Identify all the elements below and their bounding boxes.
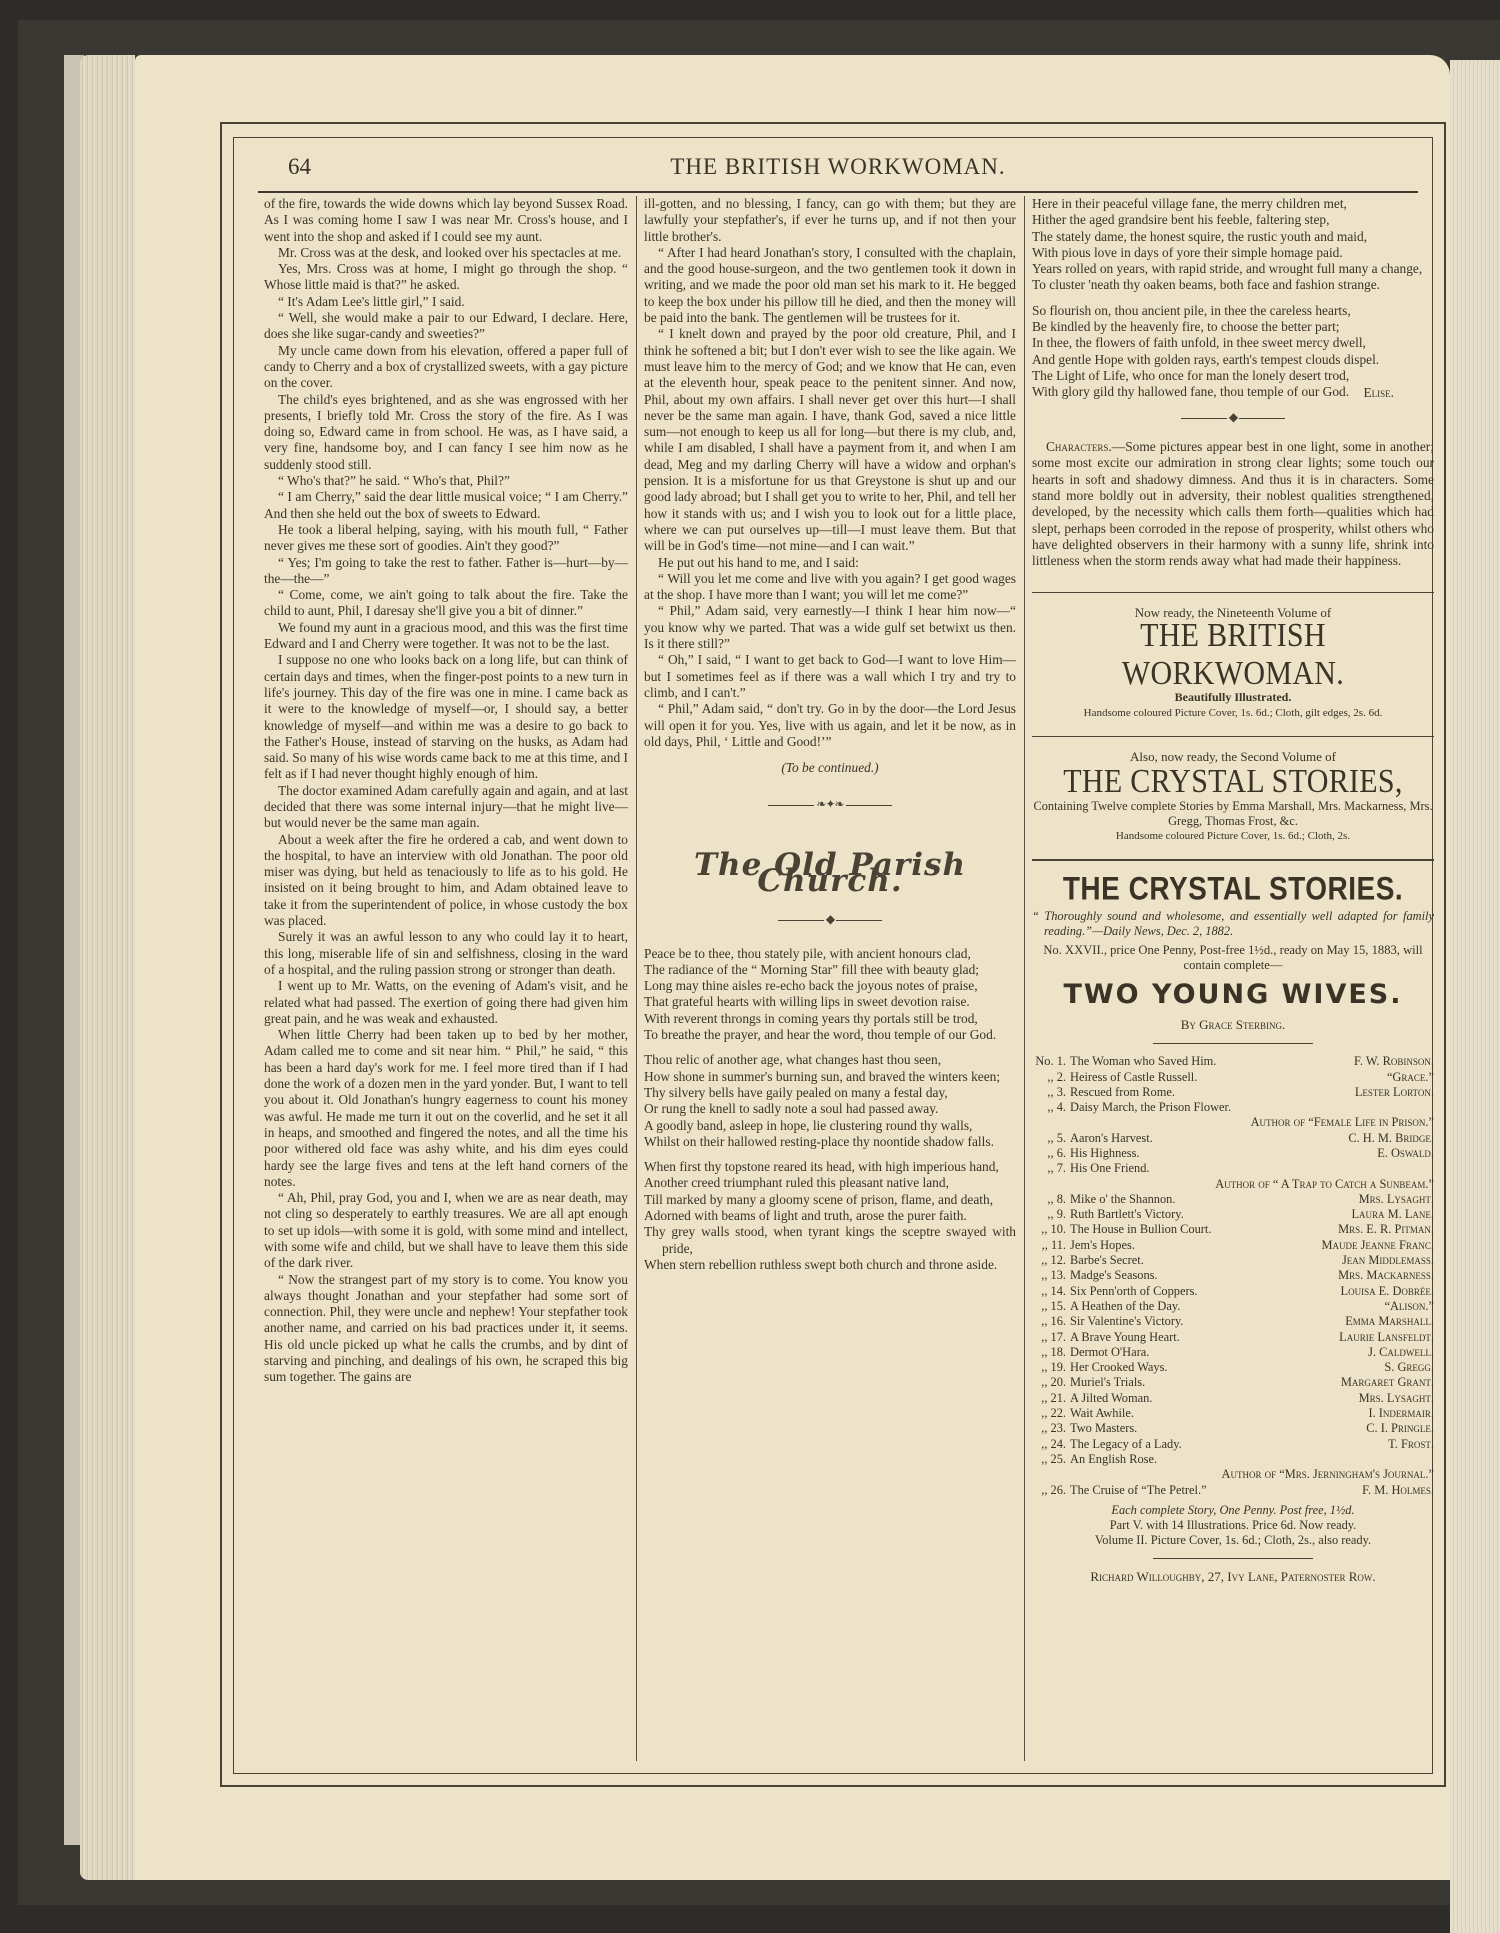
verse-line: Hither the aged grandsire bent his feebl… [1032,212,1434,228]
story-paragraph: My uncle came down from his elevation, o… [264,343,628,392]
story-title: The Legacy of a Lady. [1070,1437,1388,1452]
verse-line: And gentle Hope with golden rays, earth'… [1032,352,1434,368]
story-title: Daisy March, the Prison Flower. [1070,1100,1434,1115]
story-list-item: ,, 4.Daisy March, the Prison Flower. [1032,1100,1434,1115]
verse-line: The radiance of the “ Morning Star” fill… [644,962,1016,978]
part-note: Part V. with 14 Illustrations. Price 6d.… [1032,1518,1434,1533]
ad3-quote: “ Thoroughly sound and wholesome, and es… [1032,909,1434,939]
verse-line: Whilst on their hallowed resting-place t… [644,1134,1016,1150]
story-author: “Alison.” [1384,1299,1434,1314]
story-number: ,, 15. [1032,1299,1070,1314]
characters-text: —Some pictures appear best in one light,… [1032,439,1434,568]
story-paragraph: “ Yes; I'm going to take the rest to fat… [264,555,628,588]
story-paragraph: He put out his hand to me, and I said: [644,555,1016,571]
story-number: ,, 21. [1032,1391,1070,1406]
poem-body-continued: Here in their peaceful village fane, the… [1032,196,1434,401]
story-title: Two Masters. [1070,1421,1366,1436]
story-author: Mrs. E. R. Pitman. [1338,1222,1434,1237]
volume-note: Volume II. Picture Cover, 1s. 6d.; Cloth… [1032,1533,1434,1548]
story-title: An English Rose. [1070,1452,1434,1467]
story-title: Mike o' the Shannon. [1070,1192,1359,1207]
story-list-item: ,, 18.Dermot O'Hara.J. Caldwell. [1032,1345,1434,1360]
story-number: ,, 8. [1032,1192,1070,1207]
story-continuation: ill-gotten, and no blessing, I fancy, ca… [644,196,1016,750]
poem-stanza: Thou relic of another age, what changes … [644,1052,1016,1150]
story-list-item: ,, 14.Six Penn'orth of Coppers.Louisa E.… [1032,1284,1434,1299]
story-number: ,, 23. [1032,1421,1070,1436]
story-number: ,, 2. [1032,1070,1070,1085]
divider-ornament: ❧✦❧ [644,796,1016,812]
story-author: Laurie Lansfeldt. [1339,1330,1434,1345]
verse-line: To breathe the prayer, and hear the word… [644,1027,1016,1043]
story-title: Wait Awhile. [1070,1406,1368,1421]
story-paragraph: “ Ah, Phil, pray God, you and I, when we… [264,1190,628,1271]
story-author: T. Frost. [1388,1437,1434,1452]
story-author-note: Author of “Mrs. Jerningham's Journal.” [1032,1467,1434,1482]
verse-line: Be kindled by the heavenly fire, to choo… [1032,319,1434,335]
story-number: ,, 19. [1032,1360,1070,1375]
story-number: ,, 6. [1032,1146,1070,1161]
story-title: Six Penn'orth of Coppers. [1070,1284,1341,1299]
story-title: Dermot O'Hara. [1070,1345,1368,1360]
story-list-item: ,, 23.Two Masters.C. I. Pringle. [1032,1421,1434,1436]
story-paragraph: “ After I had heard Jonathan's story, I … [644,245,1016,326]
story-author: Maude Jeanne Franc. [1321,1238,1434,1253]
story-list-item: ,, 12.Barbe's Secret.Jean Middlemass. [1032,1253,1434,1268]
characters-paragraph: Characters.—Some pictures appear best in… [1032,439,1434,569]
story-number: ,, 4. [1032,1100,1070,1115]
story-number: ,, 20. [1032,1375,1070,1390]
story-title: The Woman who Saved Him. [1070,1054,1354,1069]
feature-title: TWO YOUNG WIVES. [1032,977,1434,1013]
story-author: Margaret Grant. [1341,1375,1434,1390]
story-list: No. 1.The Woman who Saved Him.F. W. Robi… [1032,1054,1434,1498]
story-paragraph: “ Oh,” I said, “ I want to get back to G… [644,652,1016,701]
ad-rule [1032,736,1434,738]
story-title: Muriel's Trials. [1070,1375,1341,1390]
story-list-item: ,, 9.Ruth Bartlett's Victory.Laura M. La… [1032,1207,1434,1222]
story-author: E. Oswald. [1377,1146,1434,1161]
story-author: Mrs. Mackarness. [1338,1268,1434,1283]
story-paragraph: The child's eyes brightened, and as she … [264,392,628,473]
short-rule [1153,1043,1314,1044]
story-title: A Brave Young Heart. [1070,1330,1339,1345]
verse-line: Thy silvery bells have gaily pealed on m… [644,1085,1016,1101]
story-author: C. I. Pringle. [1366,1421,1434,1436]
story-number: ,, 24. [1032,1437,1070,1452]
story-paragraph: “ Phil,” Adam said, very earnestly—I thi… [644,603,1016,652]
to-be-continued: (To be continued.) [644,760,1016,776]
poem-body: Peace be to thee, thou stately pile, wit… [644,946,1016,1274]
story-list-item: ,, 17.A Brave Young Heart.Laurie Lansfel… [1032,1330,1434,1345]
verse-line: With reverent throngs in coming years th… [644,1011,1016,1027]
story-list-item: ,, 11.Jem's Hopes.Maude Jeanne Franc. [1032,1238,1434,1253]
story-title: Ruth Bartlett's Victory. [1070,1207,1351,1222]
ad2-price: Handsome coloured Picture Cover, 1s. 6d.… [1032,829,1434,843]
ad-rule [1032,859,1434,861]
verse-line: The Light of Life, who once for man the … [1032,368,1434,384]
verse-line: Another creed triumphant ruled this plea… [644,1175,1016,1191]
story-list-item: ,, 10.The House in Bullion Court.Mrs. E.… [1032,1222,1434,1237]
story-paragraph: “ Will you let me come and live with you… [644,571,1016,604]
page-stack-left [80,55,135,1880]
story-title: Sir Valentine's Victory. [1070,1314,1345,1329]
ad2-title: THE CRYSTAL STORIES, [1032,763,1434,801]
story-author: Emma Marshall. [1345,1314,1434,1329]
story-paragraph: “ Who's that?” he said. “ Who's that, Ph… [264,473,628,489]
story-number: ,, 7. [1032,1161,1070,1176]
verse-line: How shone in summer's burning sun, and b… [644,1069,1016,1085]
story-number: No. 1. [1032,1054,1070,1069]
verse-line: Thy grey walls stood, when tyrant kings … [644,1224,1016,1257]
story-author: Mrs. Lysaght. [1359,1391,1434,1406]
story-list-item: ,, 7.His One Friend. [1032,1161,1434,1176]
story-paragraph: We found my aunt in a gracious mood, and… [264,620,628,653]
story-list-item: ,, 8.Mike o' the Shannon.Mrs. Lysaght. [1032,1192,1434,1207]
column-divider [636,196,637,1761]
story-number: ,, 9. [1032,1207,1070,1222]
story-author: Mrs. Lysaght. [1359,1192,1434,1207]
story-paragraph: About a week after the fire he ordered a… [264,832,628,930]
divider-ornament: ◆ [1032,409,1434,425]
story-paragraph: “ Now the strangest part of my story is … [264,1272,628,1386]
page-stack-right [1450,60,1500,1933]
story-list-item: ,, 25.An English Rose. [1032,1452,1434,1467]
story-list-item: ,, 6.His Highness.E. Oswald. [1032,1146,1434,1161]
characters-lead: Characters. [1046,439,1112,454]
poem-stanza: When first thy topstone reared its head,… [644,1159,1016,1273]
story-number: ,, 5. [1032,1131,1070,1146]
verse-line: So flourish on, thou ancient pile, in th… [1032,303,1434,319]
story-title: Jem's Hopes. [1070,1238,1321,1253]
story-column-2: ill-gotten, and no blessing, I fancy, ca… [644,196,1016,1282]
story-author: C. H. M. Bridge. [1348,1131,1434,1146]
verse-line: With pious love in days of yore their si… [1032,245,1434,261]
story-title: The House in Bullion Court. [1070,1222,1338,1237]
story-paragraph: Yes, Mrs. Cross was at home, I might go … [264,261,628,294]
story-paragraph: “ I knelt down and prayed by the poor ol… [644,326,1016,554]
poem-title-ornament: ◆ [644,911,1016,927]
story-list-item: No. 1.The Woman who Saved Him.F. W. Robi… [1032,1054,1434,1069]
verse-line: Thou relic of another age, what changes … [644,1052,1016,1068]
story-list-item: ,, 5.Aaron's Harvest.C. H. M. Bridge. [1032,1131,1434,1146]
story-author: Louisa E. Dobrée. [1341,1284,1434,1299]
poem-title: The Old Parish Church. [644,857,1016,890]
story-number: ,, 13. [1032,1268,1070,1283]
story-paragraph: I went up to Mr. Watts, on the evening o… [264,978,628,1027]
ad1-price: Handsome coloured Picture Cover, 1s. 6d.… [1032,706,1434,720]
story-author: J. Caldwell. [1368,1345,1434,1360]
story-number: ,, 26. [1032,1483,1070,1498]
feature-author: By Grace Sterbing. [1032,1017,1434,1033]
story-paragraph: “ I am Cherry,” said the dear little mus… [264,489,628,522]
story-list-item: ,, 20.Muriel's Trials.Margaret Grant. [1032,1375,1434,1390]
story-title: His One Friend. [1070,1161,1434,1176]
short-rule [1153,1558,1314,1559]
running-title: THE BRITISH WORKWOMAN. [258,154,1418,180]
poem-stanza: Here in their peaceful village fane, the… [1032,196,1434,294]
story-list-item: ,, 15.A Heathen of the Day.“Alison.” [1032,1299,1434,1314]
story-number: ,, 25. [1032,1452,1070,1467]
verse-line: Adorned with beams of light and truth, a… [644,1208,1016,1224]
story-number: ,, 10. [1032,1222,1070,1237]
ad-rule [1032,592,1434,594]
story-title: Aaron's Harvest. [1070,1131,1348,1146]
verse-line: That grateful hearts with willing lips i… [644,994,1016,1010]
story-column-1: of the fire, towards the wide downs whic… [264,196,628,1386]
story-list-item: ,, 26.The Cruise of “The Petrel.”F. M. H… [1032,1483,1434,1498]
column-3: Here in their peaceful village fane, the… [1032,196,1434,1585]
publisher-imprint: Richard Willoughby, 27, Ivy Lane, Patern… [1032,1569,1434,1585]
story-list-item: ,, 22.Wait Awhile.I. Indermair. [1032,1406,1434,1421]
story-number: ,, 14. [1032,1284,1070,1299]
story-title: A Jilted Woman. [1070,1391,1359,1406]
story-paragraph: of the fire, towards the wide downs whic… [264,196,628,245]
ad3-title: THE CRYSTAL STORIES. [1032,871,1434,908]
verse-line: Till marked by many a gloomy scene of pr… [644,1192,1016,1208]
story-number: ,, 22. [1032,1406,1070,1421]
story-paragraph: When little Cherry had been taken up to … [264,1027,628,1190]
story-paragraph: “ Come, come, we ain't going to talk abo… [264,587,628,620]
story-paragraph: ill-gotten, and no blessing, I fancy, ca… [644,196,1016,245]
story-list-item: ,, 16.Sir Valentine's Victory.Emma Marsh… [1032,1314,1434,1329]
story-title: A Heathen of the Day. [1070,1299,1384,1314]
verse-line: Peace be to thee, thou stately pile, wit… [644,946,1016,962]
page-header: 64 THE BRITISH WORKWOMAN. [258,150,1418,190]
story-title: Madge's Seasons. [1070,1268,1338,1283]
story-author: F. M. Holmes. [1362,1483,1434,1498]
verse-line: Long may thine aisles re-echo back the j… [644,978,1016,994]
poem-stanza: Peace be to thee, thou stately pile, wit… [644,946,1016,1044]
story-author-note: Author of “ A Trap to Catch a Sunbeam.” [1032,1177,1434,1192]
story-paragraph: “ It's Adam Lee's little girl,” I said. [264,294,628,310]
story-paragraph: The doctor examined Adam carefully again… [264,783,628,832]
story-author: Jean Middlemass. [1342,1253,1434,1268]
story-title: His Highness. [1070,1146,1377,1161]
verse-line: In thee, the flowers of faith unfold, in… [1032,335,1434,351]
story-title: Barbe's Secret. [1070,1253,1342,1268]
story-paragraph: He took a liberal helping, saying, with … [264,522,628,555]
story-paragraph: “ Phil,” Adam said, “ don't try. Go in b… [644,701,1016,750]
header-rule [258,191,1418,193]
story-number: ,, 17. [1032,1330,1070,1345]
story-title: Her Crooked Ways. [1070,1360,1384,1375]
story-number: ,, 18. [1032,1345,1070,1360]
story-number: ,, 11. [1032,1238,1070,1253]
story-author: S. Gregg. [1384,1360,1434,1375]
verse-line: To cluster 'neath thy oaken beams, both … [1032,277,1434,293]
story-title: The Cruise of “The Petrel.” [1070,1483,1362,1498]
story-paragraph: Surely it was an awful lesson to any who… [264,929,628,978]
story-title: Heiress of Castle Russell. [1070,1070,1387,1085]
story-list-item: ,, 13.Madge's Seasons.Mrs. Mackarness. [1032,1268,1434,1283]
price-note: Each complete Story, One Penny. Post fre… [1032,1502,1434,1518]
ad3-announce: No. XXVII., price One Penny, Post-free 1… [1032,943,1434,973]
verse-line: When first thy topstone reared its head,… [644,1159,1016,1175]
story-list-item: ,, 2.Heiress of Castle Russell.“Grace.” [1032,1070,1434,1085]
story-author: “Grace.” [1387,1070,1434,1085]
story-list-item: ,, 3.Rescued from Rome.Lester Lorton. [1032,1085,1434,1100]
story-paragraph: “ Well, she would make a pair to our Edw… [264,310,628,343]
verse-line: A goodly band, asleep in hope, lie clust… [644,1118,1016,1134]
verse-line: The stately dame, the honest squire, the… [1032,229,1434,245]
ad1-title: THE BRITISH WORKWOMAN. [1032,617,1434,693]
verse-line: Or rung the knell to sadly note a soul h… [644,1101,1016,1117]
verse-line: Years rolled on years, with rapid stride… [1032,261,1434,277]
column-divider [1024,196,1025,1761]
story-list-item: ,, 24.The Legacy of a Lady.T. Frost. [1032,1437,1434,1452]
story-author: I. Indermair. [1368,1406,1434,1421]
story-number: ,, 3. [1032,1085,1070,1100]
story-number: ,, 16. [1032,1314,1070,1329]
story-list-item: ,, 21.A Jilted Woman.Mrs. Lysaght. [1032,1391,1434,1406]
story-number: ,, 12. [1032,1253,1070,1268]
story-author: Laura M. Lane. [1351,1207,1434,1222]
story-author: F. W. Robinson. [1354,1054,1434,1069]
story-list-item: ,, 19.Her Crooked Ways.S. Gregg. [1032,1360,1434,1375]
ad2-desc: Containing Twelve complete Stories by Em… [1032,799,1434,829]
story-title: Rescued from Rome. [1070,1085,1355,1100]
story-paragraph: Mr. Cross was at the desk, and looked ov… [264,245,628,261]
story-paragraph: I suppose no one who looks back on a lon… [264,652,628,782]
verse-line: Here in their peaceful village fane, the… [1032,196,1434,212]
story-author-note: Author of “Female Life in Prison.” [1032,1115,1434,1130]
verse-line: When stern rebellion ruthless swept both… [644,1257,1016,1273]
story-author: Lester Lorton. [1355,1085,1434,1100]
